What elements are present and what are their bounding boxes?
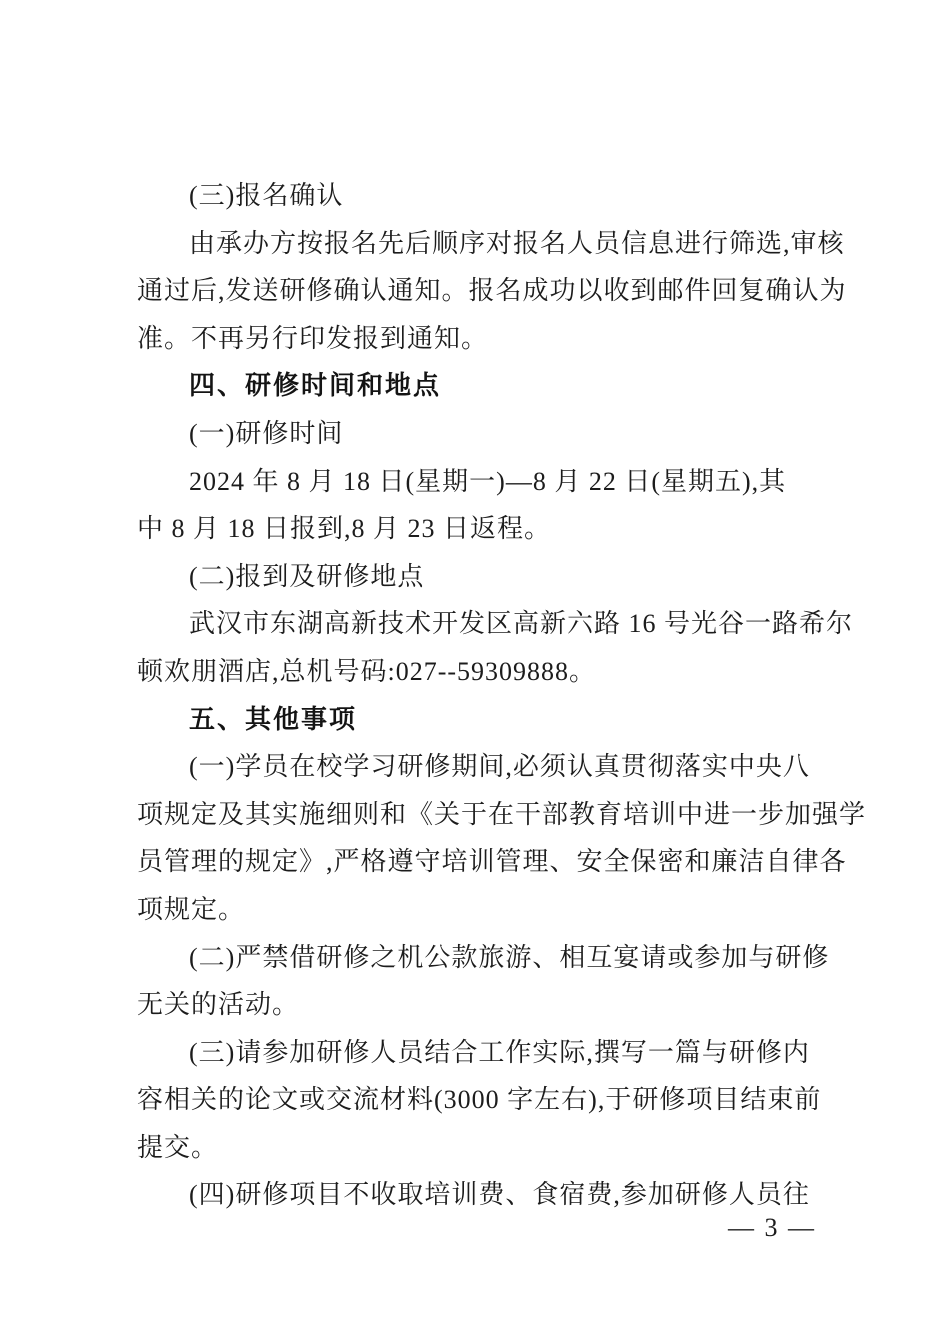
text-line: (二)报到及研修地点	[137, 553, 867, 601]
text-line: 武汉市东湖高新技术开发区高新六路 16 号光谷一路希尔	[137, 600, 867, 648]
text-line: 顿欢朋酒店,总机号码:027--59309888。	[137, 648, 867, 696]
document-page: (三)报名确认由承办方按报名先后顺序对报名人员信息进行筛选,审核通过后,发送研修…	[0, 0, 948, 1342]
document-body: (三)报名确认由承办方按报名先后顺序对报名人员信息进行筛选,审核通过后,发送研修…	[137, 172, 867, 1219]
text-line: 中 8 月 18 日报到,8 月 23 日返程。	[137, 505, 867, 553]
section-heading: 四、研修时间和地点	[137, 362, 867, 410]
section-heading: 五、其他事项	[137, 696, 867, 744]
text-line: 由承办方按报名先后顺序对报名人员信息进行筛选,审核	[137, 220, 867, 268]
text-line: 通过后,发送研修确认通知。报名成功以收到邮件回复确认为	[137, 267, 867, 315]
text-line: 项规定及其实施细则和《关于在干部教育培训中进一步加强学	[137, 791, 867, 839]
text-line: 2024 年 8 月 18 日(星期一)—8 月 22 日(星期五),其	[137, 458, 867, 506]
text-line: (二)严禁借研修之机公款旅游、相互宴请或参加与研修	[137, 934, 867, 982]
text-line: 员管理的规定》,严格遵守培训管理、安全保密和廉洁自律各	[137, 838, 867, 886]
text-line: (一)学员在校学习研修期间,必须认真贯彻落实中央八	[137, 743, 867, 791]
text-line: 无关的活动。	[137, 981, 867, 1029]
text-line: (三)请参加研修人员结合工作实际,撰写一篇与研修内	[137, 1029, 867, 1077]
text-line: 项规定。	[137, 886, 867, 934]
page-number: — 3 —	[728, 1213, 816, 1243]
text-line: 提交。	[137, 1124, 867, 1172]
text-line: (一)研修时间	[137, 410, 867, 458]
text-line: (三)报名确认	[137, 172, 867, 220]
text-line: (四)研修项目不收取培训费、食宿费,参加研修人员往	[137, 1171, 867, 1219]
text-line: 准。不再另行印发报到通知。	[137, 315, 867, 363]
text-line: 容相关的论文或交流材料(3000 字左右),于研修项目结束前	[137, 1076, 867, 1124]
